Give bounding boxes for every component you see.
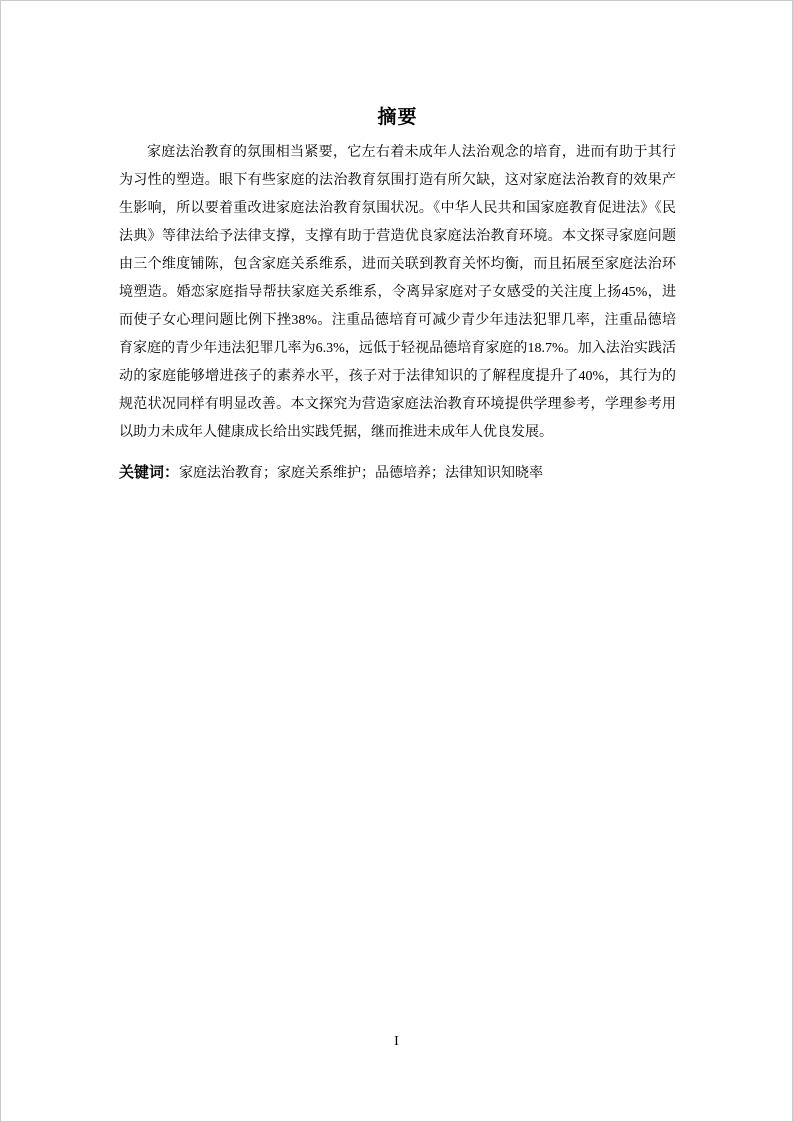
keywords-line: 关键词：家庭法治教育；家庭关系维护；品德培养；法律知识知晓率 [119,459,676,488]
page-title: 摘要 [119,103,676,133]
keywords-label: 关键词： [119,465,179,481]
abstract-paragraph: 家庭法治教育的氛围相当紧要，它左右着未成年人法治观念的培育，进而有助于其行为习性… [119,139,676,447]
document-page: 摘要 家庭法治教育的氛围相当紧要，它左右着未成年人法治观念的培育，进而有助于其行… [0,0,793,1122]
page-content: 摘要 家庭法治教育的氛围相当紧要，它左右着未成年人法治观念的培育，进而有助于其行… [119,103,676,488]
page-number: I [1,1033,792,1051]
keywords-text: 家庭法治教育；家庭关系维护；品德培养；法律知识知晓率 [179,466,543,481]
